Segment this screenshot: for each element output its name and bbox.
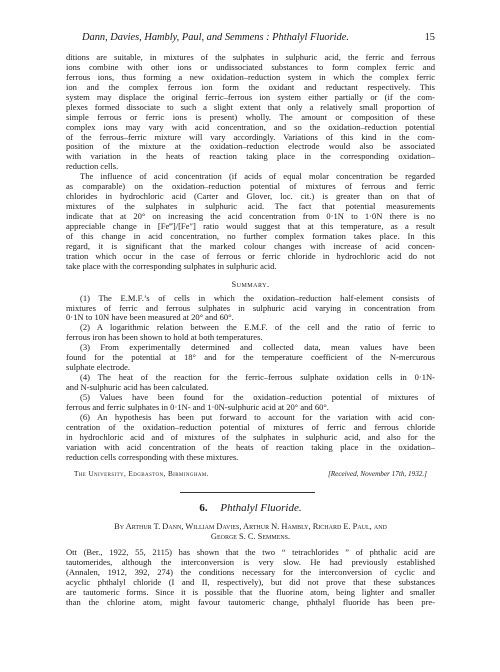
- text-line: plexes formed dissociate to such a sligh…: [66, 103, 435, 113]
- text-line: (5) Values have been found for the oxida…: [66, 393, 435, 403]
- text-line: of this change in acid concentration, no…: [66, 232, 435, 242]
- text-line: acyclic phthalyl chloride (I and II, res…: [66, 578, 435, 588]
- authors-line-1: By Arthur T. Dann, William Davies, Arthu…: [66, 522, 435, 532]
- text-line: sulphate electrode.: [66, 363, 435, 373]
- text-line: in hydrochloric acid and of mixtures of …: [66, 433, 435, 443]
- text-line: centration of the oxidation–reduction po…: [66, 423, 435, 433]
- text-line: mixtures of ferric and ferrous sulphates…: [66, 304, 435, 314]
- article-number: 6.: [199, 502, 207, 514]
- text-line: simple ferrous or ferric ions is present…: [66, 113, 435, 123]
- text-line: (Annalen, 1912, 392, 274) the conditions…: [66, 568, 435, 578]
- text-line: position of the mixture at the oxidation…: [66, 142, 435, 152]
- summary-list: (1) The E.M.F.’s of cells in which the o…: [66, 294, 435, 463]
- text-line: found for the potential at 18° and for t…: [66, 353, 435, 363]
- paragraph-intro: Ott (Ber., 1922, 55, 2115) has shown tha…: [66, 548, 435, 608]
- text-line: as comparable) on the oxidation–reductio…: [66, 182, 435, 192]
- text-line: ferrous iron has been shown to hold at b…: [66, 333, 435, 343]
- section-divider: [180, 492, 315, 493]
- text-line: ditions are suitable, in mixtures of the…: [66, 53, 435, 63]
- text-line: indicate that at 20° on increasing the a…: [66, 212, 435, 222]
- text-line: variation with acid concentration of the…: [66, 443, 435, 453]
- text-line: Ott (Ber., 1922, 55, 2115) has shown tha…: [66, 548, 435, 558]
- text-line: mixtures of the sulphates in sulphuric a…: [66, 202, 435, 212]
- summary-item-6: (6) An hypothesis has been put forward t…: [66, 413, 435, 463]
- summary-heading: Summary.: [66, 280, 435, 290]
- text-line: ion and the complex ferrous ion form the…: [66, 83, 435, 93]
- text-line: and N-sulphuric acid has been calculated…: [66, 383, 435, 393]
- text-line: 0·1N to 10N have been measured at 20° an…: [66, 313, 435, 323]
- text-line: chlorides in hydrochloric acid (Carter a…: [66, 192, 435, 202]
- text-line: (6) An hypothesis has been put forward t…: [66, 413, 435, 423]
- running-head: Dann, Davies, Hambly, Paul, and Semmens …: [82, 31, 435, 44]
- summary-item-1: (1) The E.M.F.’s of cells in which the o…: [66, 294, 435, 324]
- affiliation-line: The University, Edgbaston, Birmingham. […: [74, 470, 427, 480]
- article-text: ditions are suitable, in mixtures of the…: [66, 53, 435, 608]
- text-line: system may displace the original ferric–…: [66, 93, 435, 103]
- page-number: 15: [425, 31, 435, 44]
- text-line: reduction cells corresponding with these…: [66, 453, 435, 463]
- author-list: By Arthur T. Dann, William Davies, Arthu…: [66, 522, 435, 542]
- paragraph-complex-ions: ditions are suitable, in mixtures of the…: [66, 53, 435, 172]
- text-line: complex ions may vary with acid concentr…: [66, 123, 435, 133]
- text-line: take place with the corresponding sulpha…: [66, 262, 435, 272]
- text-line: appreciable change in [Fe‴]/[Fe″] ratio …: [66, 222, 435, 232]
- text-line: ferrous and ferric sulphates in 0·1N- an…: [66, 403, 435, 413]
- text-line: reduction cells.: [66, 162, 435, 172]
- article-title: 6. Phthalyl Fluoride.: [66, 504, 435, 514]
- text-line: (3) From experimentally determined and c…: [66, 343, 435, 353]
- text-line: of the ferrous–ferric mixture will vary …: [66, 133, 435, 143]
- affiliation-address: The University, Edgbaston, Birmingham.: [74, 470, 209, 480]
- text-line: tration which occur in the case of ferro…: [66, 252, 435, 262]
- paragraph-acid-influence: The influence of acid concentration (if …: [66, 172, 435, 271]
- text-line: (1) The E.M.F.’s of cells in which the o…: [66, 294, 435, 304]
- text-line: than the chlorine atom, might favour tau…: [66, 598, 435, 608]
- text-line: ferrous ions, thus forming a new oxidati…: [66, 73, 435, 83]
- text-line: (2) A logarithmic relation between the E…: [66, 323, 435, 333]
- summary-item-4: (4) The heat of the reaction for the fer…: [66, 373, 435, 393]
- text-line: (4) The heat of the reaction for the fer…: [66, 373, 435, 383]
- summary-item-5: (5) Values have been found for the oxida…: [66, 393, 435, 413]
- summary-item-2: (2) A logarithmic relation between the E…: [66, 323, 435, 343]
- text-line: with variation in the heats of reaction …: [66, 152, 435, 162]
- received-date: [Received, November 17th, 1932.]: [328, 470, 427, 480]
- text-line: are tautomeric forms. Since it is possib…: [66, 588, 435, 598]
- text-line: regard, it is significant that the marke…: [66, 242, 435, 252]
- running-head-title: Dann, Davies, Hambly, Paul, and Semmens …: [82, 32, 349, 43]
- article-title-text: Phthalyl Fluoride.: [220, 502, 301, 514]
- text-line: ions combine with other ions or undissoc…: [66, 63, 435, 73]
- summary-item-3: (3) From experimentally determined and c…: [66, 343, 435, 373]
- text-line: The influence of acid concentration (if …: [66, 172, 435, 182]
- authors-line-2: George S. C. Semmens.: [66, 532, 435, 542]
- text-line: tautomerides, although the interconversi…: [66, 558, 435, 568]
